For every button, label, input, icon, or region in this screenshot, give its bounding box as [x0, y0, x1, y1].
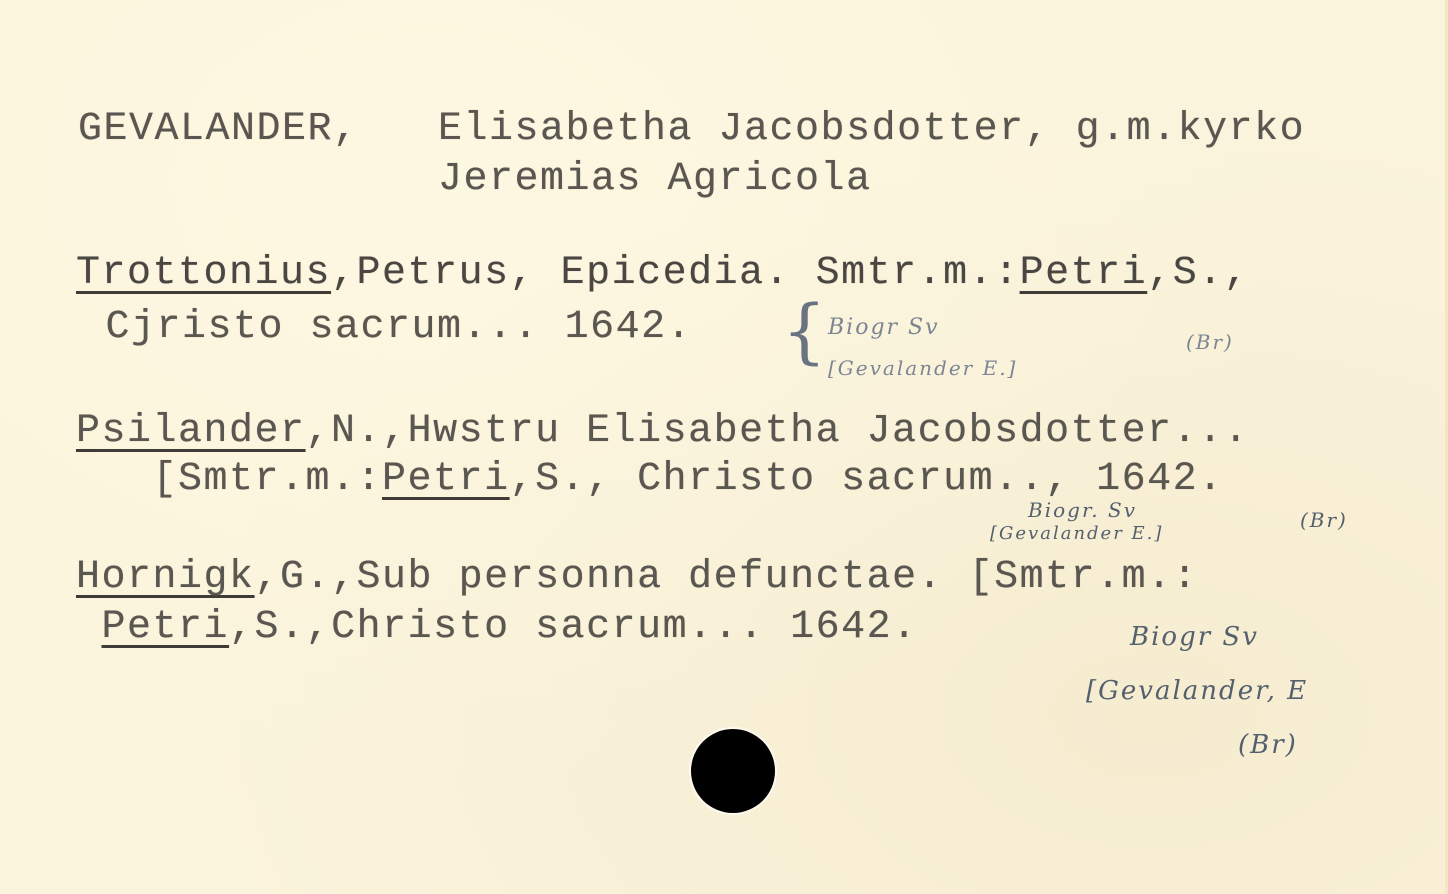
annotation-source: (Br) [1300, 508, 1348, 532]
entry-ref-author: Petri [102, 605, 230, 650]
entry-ref-author: Petri [382, 457, 510, 502]
brace-icon: { [782, 296, 827, 366]
entry-psilander-line2: [Smtr.m.:Petri,S., Christo sacrum.., 164… [76, 458, 1224, 502]
annotation-line2: [Gevalander E.] [990, 522, 1163, 546]
annotation-line2: [Gevalander E.] [828, 356, 1017, 380]
heading-line1: Elisabetha Jacobsdotter, g.m.kyrko [438, 108, 1305, 152]
catalog-card: GEVALANDER, Elisabetha Jacobsdotter, g.m… [0, 0, 1448, 894]
entry-author: Trottonius [76, 251, 331, 296]
annotation-line2: [Gevalander, E [1086, 676, 1308, 706]
annotation-source: (Br) [1238, 730, 1298, 760]
entry-trottonius-line2: Cjristo sacrum... 1642. [80, 306, 692, 350]
heading-surname: GEVALANDER, [78, 108, 359, 152]
entry-author: Hornigk [76, 555, 255, 600]
annotation-line1: Biogr Sv [1130, 622, 1259, 652]
punch-hole [691, 729, 775, 813]
entry-hornigk-line1: Hornigk,G.,Sub personna defunctae. [Smtr… [76, 556, 1198, 600]
heading-line2: Jeremias Agricola [438, 158, 872, 202]
entry-trottonius-line1: Trottonius,Petrus, Epicedia. Smtr.m.:Pet… [76, 252, 1249, 296]
entry-hornigk-line2: Petri,S.,Christo sacrum... 1642. [76, 606, 918, 650]
annotation-line1: Biogr. Sv [1028, 498, 1137, 522]
entry-psilander-line1: Psilander,N.,Hwstru Elisabetha Jacobsdot… [76, 410, 1249, 454]
annotation-source: (Br) [1186, 330, 1234, 354]
annotation-line1: Biogr Sv [828, 316, 940, 340]
entry-author: Psilander [76, 409, 306, 454]
entry-ref-author: Petri [1020, 251, 1148, 296]
